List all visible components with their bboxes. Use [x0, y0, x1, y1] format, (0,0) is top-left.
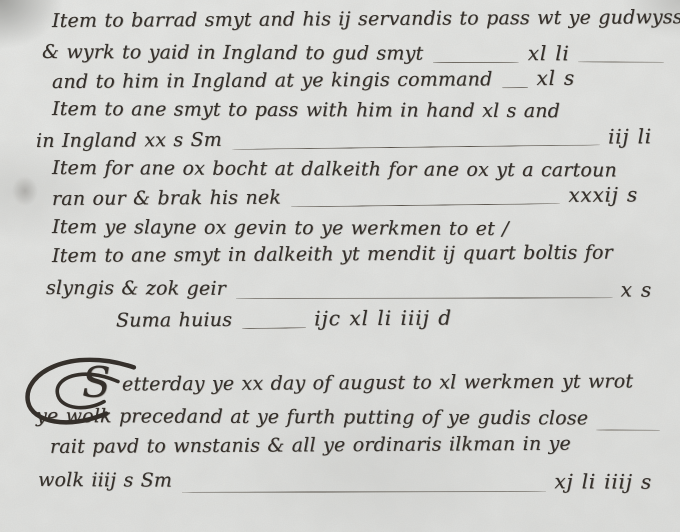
manuscript-page: Item to barrad smyt and his ij servandis… [0, 0, 680, 532]
summa-amount: ijc xl li iiij d [314, 305, 452, 330]
amount: xxxij s [568, 183, 638, 207]
paragraph-sum-line: wolk iiij s Sm xj li iiij s [36, 467, 660, 501]
paragraph-line-text: etterday ye xx day of august to xl werkm… [122, 370, 633, 395]
ledger-entries: Item to barrad smyt and his ij servandis… [52, 10, 664, 337]
paragraph-line-text: rait pavd to wnstanis & all ye ordinaris… [50, 433, 571, 458]
ledger-line: slyngis & zok geir x s [46, 275, 664, 307]
paragraph-amount: xj li iiij s [554, 469, 652, 493]
sum-rule [502, 87, 528, 88]
rule-tail [578, 62, 664, 63]
amount: xl s [536, 66, 575, 90]
decorated-initial: S [82, 362, 111, 404]
sum-rule [291, 204, 560, 208]
ledger-line-text: in Ingland xx s Sm [36, 128, 222, 151]
ledger-line-text: Item ye slayne ox gevin to ye werkmen to… [52, 216, 509, 240]
paragraph-line-text: ye wolk precedand at ye furth putting of… [36, 405, 588, 429]
ledger-line-text: Item to ane smyt to pass with him in han… [52, 98, 560, 122]
ledger-line: Item to barrad smyt and his ij servandis… [52, 6, 664, 39]
summa-label: Suma huius [116, 309, 232, 332]
amount: xl li [528, 42, 570, 66]
summa-line: Suma huius ijc xl li iiij d [52, 304, 664, 337]
paragraph-line: rait pavd to wnstanis & all ye ordinaris… [36, 432, 660, 467]
ledger-paragraph: S etterday ye xx day of august to xl wer… [36, 374, 660, 498]
ledger-line-text: Item for ane ox bocht at dalkeith for an… [52, 157, 617, 181]
paragraph-line: S etterday ye xx day of august to xl wer… [36, 370, 660, 405]
ledger-line: and to him in Ingland at ye kingis comma… [52, 65, 664, 98]
ledger-line: ran our & brak his nek xxxij s [52, 183, 664, 216]
ledger-line-text: ran our & brak his nek [52, 187, 281, 210]
sum-rule [232, 144, 600, 149]
ledger-line-text: Item to barrad smyt and his ij servandis… [52, 6, 680, 32]
sum-rule [433, 63, 519, 64]
sum-rule [182, 491, 546, 493]
sum-rule [236, 297, 613, 299]
ledger-line-text: and to him in Ingland at ye kingis comma… [52, 68, 493, 93]
manuscript-text: Item to barrad smyt and his ij servandis… [0, 0, 680, 532]
ledger-line-text: & wyrk to yaid in Ingland to gud smyt [42, 41, 423, 65]
sum-rule [242, 328, 306, 330]
ledger-line: Item to ane smyt in dalkeith yt mendit i… [52, 241, 664, 274]
paragraph-line-text: wolk iiij s Sm [38, 469, 172, 492]
ledger-line-text: Item to ane smyt in dalkeith yt mendit i… [52, 242, 613, 267]
ledger-line-text: slyngis & zok geir [46, 277, 226, 300]
rule-tail [596, 429, 660, 430]
ledger-line: in Ingland xx s Sm iij li [36, 124, 664, 157]
amount: iij li [608, 124, 652, 148]
amount: x s [621, 277, 652, 301]
